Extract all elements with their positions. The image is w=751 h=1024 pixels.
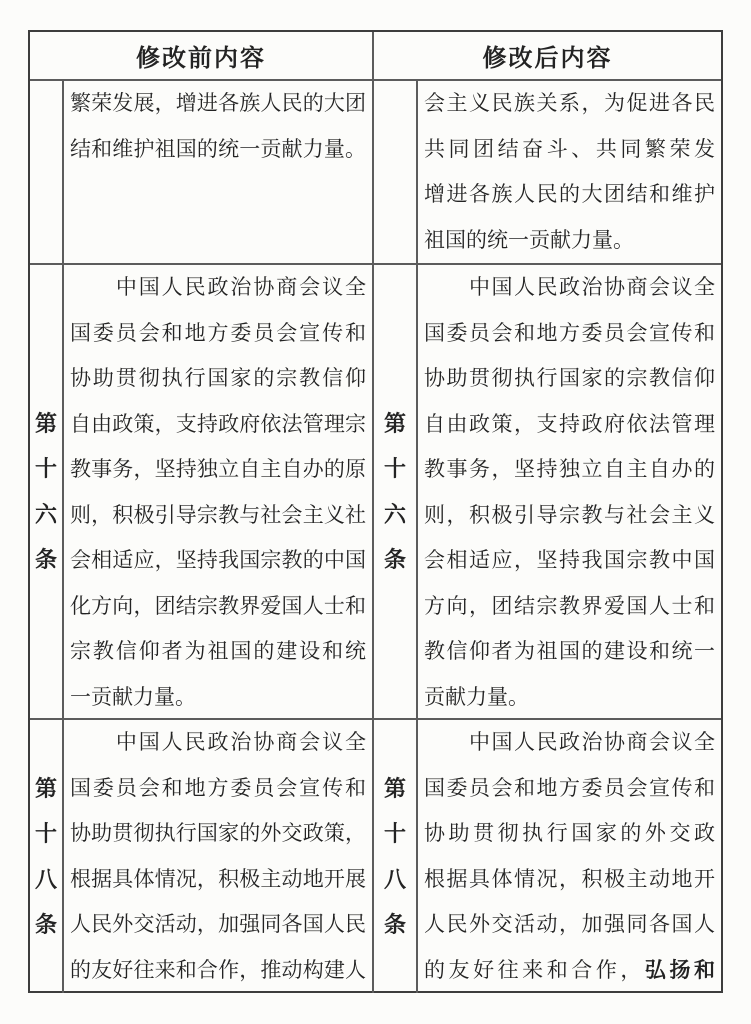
after-content-cell: 中国人民政治协商会议全国委员会和地方委员会宣传和协助贯彻执行国家的外交政策，根据… [418,720,721,993]
before-content-cell: 中国人民政治协商会议全国委员会和地方委员会宣传和协助贯彻执行国家的宗教信仰自由政… [64,265,374,718]
article-number-after-cell [374,81,418,263]
before-content-cell: 中国人民政治协商会议全国委员会和地方委员会宣传和协助贯彻执行国家的外交政策，根据… [64,720,374,993]
header-before-label: 修改前内容 [30,32,374,79]
table-row-article-18: 第十八条 中国人民政治协商会议全国委员会和地方委员会宣传和协助贯彻执行国家的外交… [30,720,721,993]
before-content-cell: 繁荣发展，增进各族人民的大团结和维护祖国的统一贡献力量。 [64,81,374,263]
header-after-label: 修改后内容 [374,32,721,79]
table-row-article-16: 第十六条 中国人民政治协商会议全国委员会和地方委员会宣传和协助贯彻执行国家的宗教… [30,265,721,720]
article-number-before-cell [30,81,64,263]
after-content-cell: 会主义民族关系，为促进各民族共同团结奋斗、共同繁荣发展，增进各族人民的大团结和维… [418,81,721,263]
article-number-before-cell: 第十六条 [30,265,64,718]
document-page: 修改前内容 修改后内容 繁荣发展，增进各族人民的大团结和维护祖国的统一贡献力量。… [0,0,751,1024]
article-number-after-cell: 第十八条 [374,720,418,993]
table-row-continuation: 繁荣发展，增进各族人民的大团结和维护祖国的统一贡献力量。 会主义民族关系，为促进… [30,81,721,265]
article-number-after-cell: 第十六条 [374,265,418,718]
comparison-table: 修改前内容 修改后内容 繁荣发展，增进各族人民的大团结和维护祖国的统一贡献力量。… [28,30,723,993]
table-header-row: 修改前内容 修改后内容 [30,32,721,81]
after-content-cell: 中国人民政治协商会议全国委员会和地方委员会宣传和协助贯彻执行国家的宗教信仰自由政… [418,265,721,718]
article-number-before-cell: 第十八条 [30,720,64,993]
